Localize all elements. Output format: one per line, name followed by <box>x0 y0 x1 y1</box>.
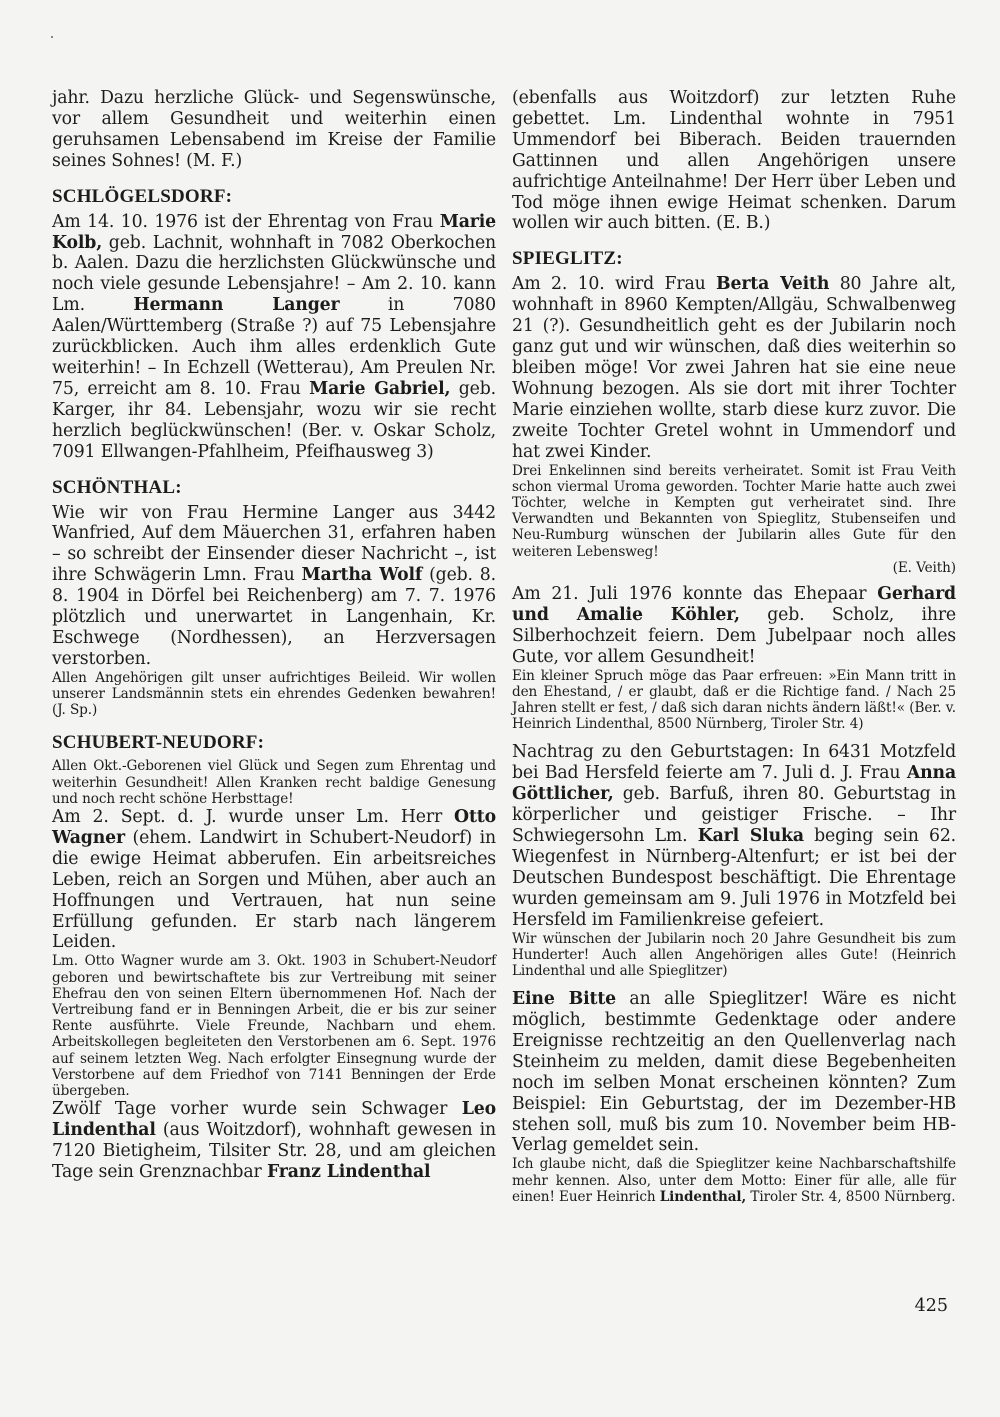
emphasis: Eine Bitte <box>512 989 616 1009</box>
person-name: Karl Sluka <box>698 826 804 846</box>
heading-schoenthal: SCHÖNTHAL: <box>52 477 496 499</box>
left-column: jahr. Dazu herzliche Glück- und Segenswü… <box>52 88 496 1183</box>
person-name: Marie Gabriel, <box>309 379 450 399</box>
spieglitz-nachtrag-paragraph: Nachtrag zu den Geburtstagen: In 6431 Mo… <box>512 742 956 930</box>
spacer <box>512 732 956 742</box>
schubert-neudorf-biography: Lm. Otto Wagner wurde am 3. Okt. 1903 in… <box>52 953 496 1099</box>
text: Zwölf Tage vorher wurde sein Schwager <box>52 1099 462 1119</box>
text: an alle Spieglitzer! Wäre es nicht mögli… <box>512 989 956 1155</box>
signature-e-veith: (E. Veith) <box>512 560 956 576</box>
text: Am 2. Sept. d. J. wurde unser Lm. Herr <box>52 807 454 827</box>
scan-speck <box>51 36 53 38</box>
spieglitz-closing: Ich glaube nicht, daß die Spieglitzer ke… <box>512 1156 956 1205</box>
heading-schloegelsdorf: SCHLÖGELSDORF: <box>52 186 496 208</box>
text: Am 2. 10. wird Frau <box>512 274 716 294</box>
intro-text: jahr. Dazu herzliche Glück- und Segenswü… <box>52 88 496 171</box>
spieglitz-veith-paragraph: Am 2. 10. wird Frau Berta Veith 80 Jahre… <box>512 274 956 462</box>
schoenthal-condolence: Allen Angehörigen gilt unser aufrichtige… <box>52 670 496 719</box>
text: Nachtrag zu den Geburtstagen: In 6431 Mo… <box>512 742 956 783</box>
text: Am 21. Juli 1976 konnte das Ehepaar <box>512 584 877 604</box>
spieglitz-nachtrag-wishes: Wir wünschen der Jubilarin noch 20 Jahre… <box>512 931 956 980</box>
schloegelsdorf-paragraph: Am 14. 10. 1976 ist der Ehrentag von Fra… <box>52 212 496 463</box>
schubert-neudorf-lindenthal: Zwölf Tage vorher wurde sein Schwager Le… <box>52 1099 496 1183</box>
page-number: 425 <box>915 1296 948 1316</box>
schoenthal-paragraph: Wie wir von Frau Hermine Langer aus 3442… <box>52 503 496 670</box>
person-name: Lindenthal, <box>660 1189 746 1205</box>
spacer <box>512 576 956 584</box>
text: 80 Jahre alt, wohnhaft in 8960 Kempten/A… <box>512 274 956 461</box>
spieglitz-koehler-paragraph: Am 21. Juli 1976 konnte das Ehepaar Gerh… <box>512 584 956 668</box>
heading-spieglitz: SPIEGLITZ: <box>512 248 956 270</box>
person-name: Martha Wolf <box>302 565 423 585</box>
spacer <box>512 979 956 989</box>
schubert-neudorf-obituary: Am 2. Sept. d. J. wurde unser Lm. Herr O… <box>52 807 496 953</box>
person-name: Franz Lindenthal <box>267 1162 431 1182</box>
intro-paragraph: jahr. Dazu herzliche Glück- und Segenswü… <box>52 88 496 172</box>
continuation-paragraph: (ebenfalls aus Woitzdorf) zur letzten Ru… <box>512 88 956 234</box>
person-name: Berta Veith <box>716 274 829 294</box>
text: Tiroler Str. 4, 8500 Nürnberg. <box>746 1189 955 1205</box>
spieglitz-bitte-paragraph: Eine Bitte an alle Spieglitzer! Wäre es … <box>512 989 956 1156</box>
spieglitz-koehler-verse: Ein kleiner Spruch möge das Paar erfreue… <box>512 668 956 733</box>
heading-schubert-neudorf: SCHUBERT-NEUDORF: <box>52 732 496 754</box>
text: Am 14. 10. 1976 ist der Ehrentag von Fra… <box>52 212 440 232</box>
schubert-neudorf-greeting: Allen Okt.-Geborenen viel Glück und Sege… <box>52 758 496 807</box>
spieglitz-veith-family: Drei Enkelinnen sind bereits verheiratet… <box>512 463 956 560</box>
person-name: Hermann Langer <box>133 295 339 315</box>
right-column: (ebenfalls aus Woitzdorf) zur letzten Ru… <box>512 88 956 1205</box>
